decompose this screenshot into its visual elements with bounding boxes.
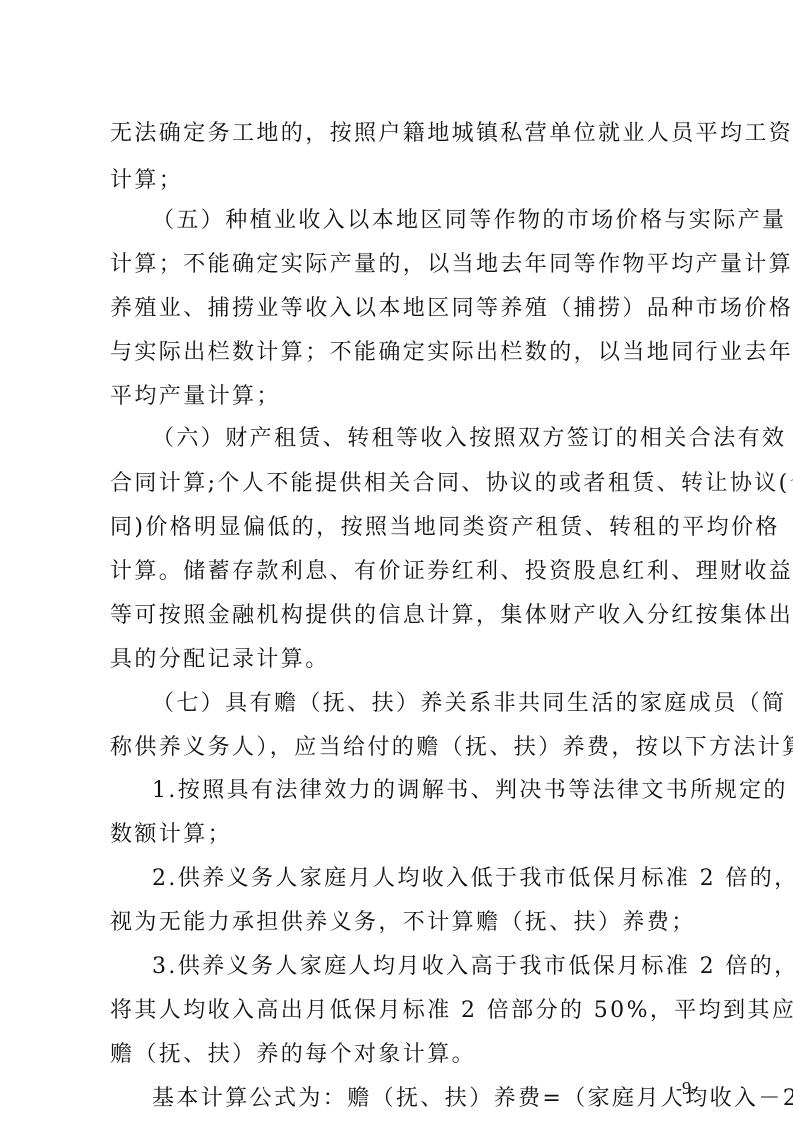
text-line: 基本计算公式为：赡（抚、扶）养费=（家庭月人均收入－2 (152, 1085, 696, 1113)
text-line: 计算；不能确定实际产量的，以当地去年同等作物平均产量计算。 (110, 251, 696, 279)
text-line: 2.供养义务人家庭月人均收入低于我市低保月标准 2 倍的， (152, 865, 696, 893)
document-page: 无法确定务工地的，按照户籍地城镇私营单位就业人员平均工资计算；（五）种植业收入以… (0, 0, 793, 1122)
text-line: 合同计算;个人不能提供相关合同、协议的或者租赁、转让协议(合 (110, 470, 696, 498)
text-line: 同)价格明显偏低的，按照当地同类资产租赁、转租的平均价格 (110, 514, 696, 542)
text-line: 视为无能力承担供养义务，不计算赡（抚、扶）养费； (110, 909, 696, 937)
text-line: 与实际出栏数计算；不能确定实际出栏数的，以当地同行业去年 (110, 339, 696, 367)
text-line: （六）财产租赁、转租等收入按照双方签订的相关合法有效 (152, 425, 696, 453)
text-line: 1.按照具有法律效力的调解书、判决书等法律文书所规定的 (152, 777, 696, 805)
text-line: 将其人均收入高出月低保月标准 2 倍部分的 50%，平均到其应当 (110, 997, 696, 1025)
text-line: 养殖业、捕捞业等收入以本地区同等养殖（捕捞）品种市场价格 (110, 295, 696, 323)
text-line: 数额计算； (110, 821, 696, 849)
text-line: 无法确定务工地的，按照户籍地城镇私营单位就业人员平均工资 (110, 120, 696, 148)
text-line: 3.供养义务人家庭人均月收入高于我市低保月标准 2 倍的， (152, 953, 696, 981)
text-line: 赡（抚、扶）养的每个对象计算。 (110, 1041, 696, 1069)
text-line: （七）具有赡（抚、扶）养关系非共同生活的家庭成员（简 (152, 690, 696, 718)
text-line: 计算。储蓄存款利息、有价证券红利、投资股息红利、理财收益 (110, 558, 696, 586)
text-line: 称供养义务人），应当给付的赡（抚、扶）养费，按以下方法计算： (110, 734, 696, 762)
text-line: 等可按照金融机构提供的信息计算，集体财产收入分红按集体出 (110, 602, 696, 630)
text-line: 具的分配记录计算。 (110, 646, 696, 674)
text-line: 计算； (110, 167, 696, 195)
page-number: -9- (676, 1078, 697, 1099)
text-line: （五）种植业收入以本地区同等作物的市场价格与实际产量 (152, 207, 696, 235)
text-line: 平均产量计算； (110, 383, 696, 411)
